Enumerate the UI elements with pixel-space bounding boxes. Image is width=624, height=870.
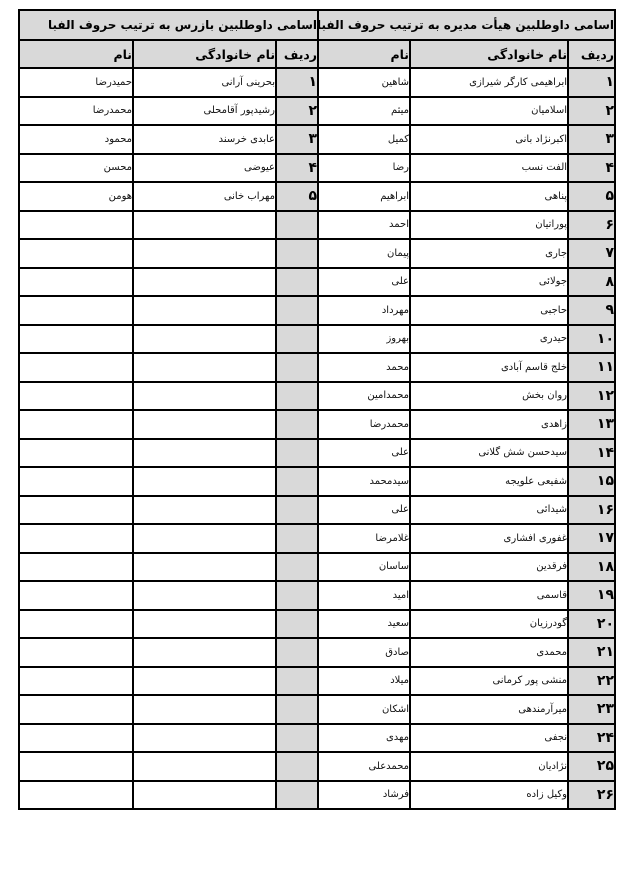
row-index-cell[interactable] [276, 268, 318, 297]
table-row [19, 268, 318, 297]
row-index-cell[interactable]: ۳ [568, 125, 615, 154]
column-header-index: ردیف [568, 40, 615, 68]
family-name-cell[interactable]: الفت نسب [410, 154, 568, 183]
family-name-cell[interactable]: زاهدی [410, 410, 568, 439]
first-name-cell[interactable]: مهدی [316, 724, 410, 753]
table-row: ۱بحرینی آرانیحمیدرضا [19, 68, 318, 97]
first-name-cell[interactable]: حمیدرضا [19, 68, 133, 97]
family-name-cell[interactable] [133, 325, 276, 354]
row-index-cell[interactable] [276, 467, 318, 496]
row-index-cell[interactable]: ۱ [276, 68, 318, 97]
row-index-cell[interactable]: ۷ [568, 239, 615, 268]
family-name-cell[interactable]: نجفی [410, 724, 568, 753]
row-index-cell[interactable]: ۳ [276, 125, 318, 154]
first-name-cell[interactable]: اشکان [316, 695, 410, 724]
family-name-cell[interactable] [133, 610, 276, 639]
inspector-header-row: ردیف نام خانوادگی نام [19, 40, 318, 68]
row-index-cell[interactable]: ۲۲ [568, 667, 615, 696]
row-index-cell[interactable]: ۱۹ [568, 581, 615, 610]
first-name-cell[interactable] [19, 211, 133, 240]
family-name-cell[interactable]: خلج قاسم آبادی [410, 353, 568, 382]
row-index-cell[interactable]: ۱۵ [568, 467, 615, 496]
table-row: ۶پوراتیاناحمد [316, 211, 615, 240]
first-name-cell[interactable]: پیمان [316, 239, 410, 268]
first-name-cell[interactable] [19, 781, 133, 810]
family-name-cell[interactable] [133, 410, 276, 439]
family-name-cell[interactable] [133, 695, 276, 724]
first-name-cell[interactable] [19, 325, 133, 354]
table-row [19, 695, 318, 724]
row-index-cell[interactable]: ۱۷ [568, 524, 615, 553]
row-index-cell[interactable]: ۲۱ [568, 638, 615, 667]
row-index-cell[interactable] [276, 610, 318, 639]
table-row: ۱۶شیدائیعلی [316, 496, 615, 525]
row-index-cell[interactable]: ۱۴ [568, 439, 615, 468]
row-index-cell[interactable] [276, 382, 318, 411]
family-name-cell[interactable]: محمدی [410, 638, 568, 667]
first-name-cell[interactable] [19, 268, 133, 297]
table-row [19, 752, 318, 781]
first-name-cell[interactable] [19, 581, 133, 610]
table-row [19, 211, 318, 240]
row-index-cell[interactable]: ۹ [568, 296, 615, 325]
first-name-cell[interactable]: محمدرضا [19, 97, 133, 126]
first-name-cell[interactable] [19, 695, 133, 724]
family-name-cell[interactable] [133, 239, 276, 268]
table-row: ۳اکبرنژاد بانیکمیل [316, 125, 615, 154]
family-name-cell[interactable]: رشیدپور آقامحلی [133, 97, 276, 126]
table-row [19, 325, 318, 354]
family-name-cell[interactable]: شیدائی [410, 496, 568, 525]
table-row: ۱۵شفیعی علویجهسیدمحمد [316, 467, 615, 496]
family-name-cell[interactable] [133, 496, 276, 525]
table-row: ۳عابدی خرسندمحمود [19, 125, 318, 154]
first-name-cell[interactable] [19, 496, 133, 525]
family-name-cell[interactable]: مهراب خانی [133, 182, 276, 211]
table-row [19, 353, 318, 382]
row-index-cell[interactable]: ۱۰ [568, 325, 615, 354]
first-name-cell[interactable]: ابراهیم [316, 182, 410, 211]
table-row: ۱۴سیدحسن شش گلانیعلی [316, 439, 615, 468]
family-name-cell[interactable]: حیدری [410, 325, 568, 354]
table-row [19, 496, 318, 525]
first-name-cell[interactable]: احمد [316, 211, 410, 240]
first-name-cell[interactable]: محمدامین [316, 382, 410, 411]
column-header-index: ردیف [276, 40, 318, 68]
family-name-cell[interactable]: شفیعی علویجه [410, 467, 568, 496]
table-row: ۴الفت نسبرضا [316, 154, 615, 183]
row-index-cell[interactable] [276, 724, 318, 753]
first-name-cell[interactable]: بهروز [316, 325, 410, 354]
first-name-cell[interactable]: محمدعلی [316, 752, 410, 781]
first-name-cell[interactable]: میثم [316, 97, 410, 126]
first-name-cell[interactable] [19, 752, 133, 781]
first-name-cell[interactable] [19, 239, 133, 268]
first-name-cell[interactable] [19, 439, 133, 468]
first-name-cell[interactable] [19, 524, 133, 553]
first-name-cell[interactable]: مهرداد [316, 296, 410, 325]
row-index-cell[interactable]: ۶ [568, 211, 615, 240]
first-name-cell[interactable]: محمدرضا [316, 410, 410, 439]
family-name-cell[interactable]: بحرینی آرانی [133, 68, 276, 97]
table-row: ۱ابراهیمی کارگر شیرازیشاهین [316, 68, 615, 97]
inspector-candidates-table: اسامی داوطلبین بازرس به ترتیب حروف الفبا… [18, 9, 319, 810]
first-name-cell[interactable]: میلاد [316, 667, 410, 696]
first-name-cell[interactable]: غلامرضا [316, 524, 410, 553]
row-index-cell[interactable] [276, 239, 318, 268]
table-row [19, 581, 318, 610]
table-row [19, 638, 318, 667]
first-name-cell[interactable] [19, 410, 133, 439]
family-name-cell[interactable]: گودرزیان [410, 610, 568, 639]
first-name-cell[interactable]: امید [316, 581, 410, 610]
board-candidates-table: اسامی داوطلبین هیأت مدیره به ترتیب حروف … [315, 9, 616, 810]
family-name-cell[interactable]: نژادیان [410, 752, 568, 781]
family-name-cell[interactable]: ابراهیمی کارگر شیرازی [410, 68, 568, 97]
family-name-cell[interactable]: اکبرنژاد بانی [410, 125, 568, 154]
row-index-cell[interactable] [276, 695, 318, 724]
first-name-cell[interactable]: علی [316, 496, 410, 525]
family-name-cell[interactable] [133, 467, 276, 496]
row-index-cell[interactable]: ۵ [568, 182, 615, 211]
table-row: ۱۰حیدریبهروز [316, 325, 615, 354]
column-header-family: نام خانوادگی [410, 40, 568, 68]
first-name-cell[interactable]: هومن [19, 182, 133, 211]
row-index-cell[interactable] [276, 496, 318, 525]
row-index-cell[interactable]: ۱۱ [568, 353, 615, 382]
table-row [19, 239, 318, 268]
table-row [19, 724, 318, 753]
table-row: ۲۳میرآرمندهیاشکان [316, 695, 615, 724]
row-index-cell[interactable]: ۸ [568, 268, 615, 297]
first-name-cell[interactable] [19, 667, 133, 696]
row-index-cell[interactable] [276, 211, 318, 240]
table-row [19, 553, 318, 582]
row-index-cell[interactable]: ۲۰ [568, 610, 615, 639]
family-name-cell[interactable] [133, 781, 276, 810]
first-name-cell[interactable]: علی [316, 439, 410, 468]
first-name-cell[interactable] [19, 467, 133, 496]
family-name-cell[interactable]: میرآرمندهی [410, 695, 568, 724]
family-name-cell[interactable] [133, 268, 276, 297]
board-title-row: اسامی داوطلبین هیأت مدیره به ترتیب حروف … [316, 10, 615, 40]
first-name-cell[interactable]: علی [316, 268, 410, 297]
table-row: ۲رشیدپور آقامحلیمحمدرضا [19, 97, 318, 126]
row-index-cell[interactable] [276, 325, 318, 354]
row-index-cell[interactable]: ۱۶ [568, 496, 615, 525]
first-name-cell[interactable]: محمود [19, 125, 133, 154]
table-row: ۴عیوضیمحسن [19, 154, 318, 183]
board-table-title: اسامی داوطلبین هیأت مدیره به ترتیب حروف … [316, 10, 615, 40]
first-name-cell[interactable]: محمد [316, 353, 410, 382]
table-row: ۲۲منشی پور کرمانیمیلاد [316, 667, 615, 696]
first-name-cell[interactable]: صادق [316, 638, 410, 667]
table-row [19, 610, 318, 639]
family-name-cell[interactable]: روان بخش [410, 382, 568, 411]
row-index-cell[interactable]: ۱۸ [568, 553, 615, 582]
table-row [19, 781, 318, 810]
family-name-cell[interactable]: قاسمی [410, 581, 568, 610]
table-row: ۲۴نجفیمهدی [316, 724, 615, 753]
family-name-cell[interactable]: حاجبی [410, 296, 568, 325]
column-header-name: نام [316, 40, 410, 68]
family-name-cell[interactable]: منشی پور کرمانی [410, 667, 568, 696]
family-name-cell[interactable]: پوراتیان [410, 211, 568, 240]
table-row: ۹حاجبیمهرداد [316, 296, 615, 325]
family-name-cell[interactable] [133, 581, 276, 610]
first-name-cell[interactable] [19, 382, 133, 411]
row-index-cell[interactable] [276, 524, 318, 553]
first-name-cell[interactable]: فرشاد [316, 781, 410, 810]
row-index-cell[interactable]: ۱۲ [568, 382, 615, 411]
row-index-cell[interactable] [276, 296, 318, 325]
table-row: ۲۱محمدیصادق [316, 638, 615, 667]
table-row [19, 439, 318, 468]
row-index-cell[interactable] [276, 353, 318, 382]
column-header-family: نام خانوادگی [133, 40, 276, 68]
table-row: ۲۵نژادیانمحمدعلی [316, 752, 615, 781]
table-row: ۱۱خلج قاسم آبادیمحمد [316, 353, 615, 382]
row-index-cell[interactable] [276, 439, 318, 468]
table-row [19, 296, 318, 325]
table-row: ۸جولائیعلی [316, 268, 615, 297]
row-index-cell[interactable] [276, 581, 318, 610]
family-name-cell[interactable] [133, 524, 276, 553]
row-index-cell[interactable]: ۲ [276, 97, 318, 126]
row-index-cell[interactable]: ۱ [568, 68, 615, 97]
family-name-cell[interactable]: عابدی خرسند [133, 125, 276, 154]
table-row: ۲اسلامیانمیثم [316, 97, 615, 126]
family-name-cell[interactable] [133, 353, 276, 382]
family-name-cell[interactable]: جاری [410, 239, 568, 268]
family-name-cell[interactable] [133, 724, 276, 753]
inspector-title-row: اسامی داوطلبین بازرس به ترتیب حروف الفبا [19, 10, 318, 40]
family-name-cell[interactable] [133, 382, 276, 411]
row-index-cell[interactable]: ۲۶ [568, 781, 615, 810]
table-row [19, 467, 318, 496]
family-name-cell[interactable] [133, 296, 276, 325]
board-header-row: ردیف نام خانوادگی نام [316, 40, 615, 68]
family-name-cell[interactable]: غفوری افشاری [410, 524, 568, 553]
table-row [19, 382, 318, 411]
row-index-cell[interactable] [276, 667, 318, 696]
family-name-cell[interactable] [133, 638, 276, 667]
family-name-cell[interactable]: وکیل زاده [410, 781, 568, 810]
row-index-cell[interactable] [276, 752, 318, 781]
table-row: ۱۹قاسمیامید [316, 581, 615, 610]
table-row: ۵مهراب خانیهومن [19, 182, 318, 211]
family-name-cell[interactable] [133, 211, 276, 240]
family-name-cell[interactable] [133, 439, 276, 468]
row-index-cell[interactable]: ۵ [276, 182, 318, 211]
family-name-cell[interactable]: اسلامیان [410, 97, 568, 126]
table-row [19, 667, 318, 696]
table-row: ۱۷غفوری افشاریغلامرضا [316, 524, 615, 553]
family-name-cell[interactable] [133, 553, 276, 582]
first-name-cell[interactable]: ساسان [316, 553, 410, 582]
table-row: ۱۸فرقدینساسان [316, 553, 615, 582]
family-name-cell[interactable]: جولائی [410, 268, 568, 297]
table-row: ۱۳زاهدیمحمدرضا [316, 410, 615, 439]
first-name-cell[interactable] [19, 610, 133, 639]
first-name-cell[interactable] [19, 296, 133, 325]
first-name-cell[interactable] [19, 638, 133, 667]
first-name-cell[interactable]: سعید [316, 610, 410, 639]
table-row: ۲۶وکیل زادهفرشاد [316, 781, 615, 810]
row-index-cell[interactable]: ۴ [568, 154, 615, 183]
first-name-cell[interactable]: رضا [316, 154, 410, 183]
first-name-cell[interactable] [19, 724, 133, 753]
family-name-cell[interactable]: عیوضی [133, 154, 276, 183]
first-name-cell[interactable]: سیدمحمد [316, 467, 410, 496]
family-name-cell[interactable] [133, 667, 276, 696]
row-index-cell[interactable] [276, 410, 318, 439]
row-index-cell[interactable] [276, 781, 318, 810]
row-index-cell[interactable] [276, 553, 318, 582]
inspector-table-title: اسامی داوطلبین بازرس به ترتیب حروف الفبا [19, 10, 318, 40]
table-row: ۲۰گودرزیانسعید [316, 610, 615, 639]
row-index-cell[interactable]: ۲۴ [568, 724, 615, 753]
table-row: ۵پناهیابراهیم [316, 182, 615, 211]
column-header-name: نام [19, 40, 133, 68]
first-name-cell[interactable] [19, 553, 133, 582]
row-index-cell[interactable] [276, 638, 318, 667]
row-index-cell[interactable]: ۲۳ [568, 695, 615, 724]
table-row [19, 410, 318, 439]
table-row: ۷جاریپیمان [316, 239, 615, 268]
row-index-cell[interactable]: ۲۵ [568, 752, 615, 781]
row-index-cell[interactable]: ۱۳ [568, 410, 615, 439]
first-name-cell[interactable]: محسن [19, 154, 133, 183]
first-name-cell[interactable]: کمیل [316, 125, 410, 154]
family-name-cell[interactable]: فرقدین [410, 553, 568, 582]
row-index-cell[interactable]: ۴ [276, 154, 318, 183]
family-name-cell[interactable]: پناهی [410, 182, 568, 211]
family-name-cell[interactable]: سیدحسن شش گلانی [410, 439, 568, 468]
table-row [19, 524, 318, 553]
row-index-cell[interactable]: ۲ [568, 97, 615, 126]
table-row: ۱۲روان بخشمحمدامین [316, 382, 615, 411]
first-name-cell[interactable]: شاهین [316, 68, 410, 97]
first-name-cell[interactable] [19, 353, 133, 382]
family-name-cell[interactable] [133, 752, 276, 781]
